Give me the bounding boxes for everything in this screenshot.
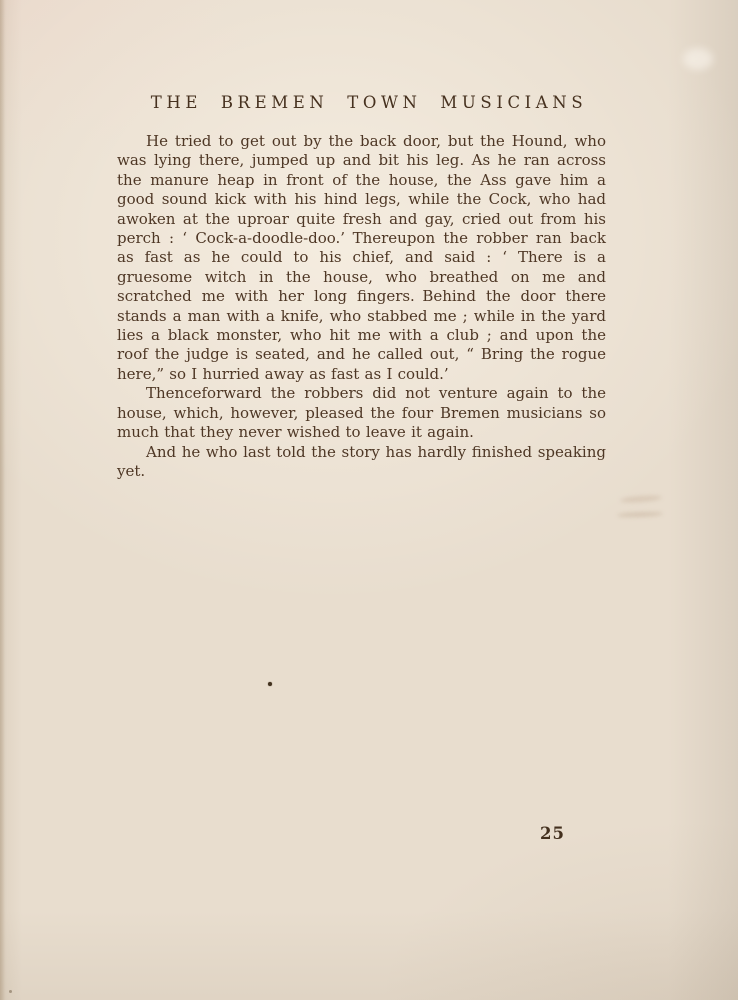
paper-blemish <box>683 48 713 70</box>
pencil-smudge <box>617 511 663 518</box>
page-edge-shading <box>0 0 5 1000</box>
book-page-scan: THE BREMEN TOWN MUSICIANS He tried to ge… <box>0 0 738 1000</box>
page-title: THE BREMEN TOWN MUSICIANS <box>60 93 678 112</box>
page-number: 25 <box>540 824 565 843</box>
text-block: He tried to get out by the back door, bu… <box>117 132 606 481</box>
ink-speck <box>268 682 272 686</box>
paper-fleck <box>9 990 12 993</box>
paragraph: Thenceforward the robbers did not ventur… <box>117 384 606 442</box>
pencil-smudge <box>620 495 662 504</box>
paragraph: He tried to get out by the back door, bu… <box>117 132 606 384</box>
paragraph: And he who last told the story has hardl… <box>117 443 606 482</box>
